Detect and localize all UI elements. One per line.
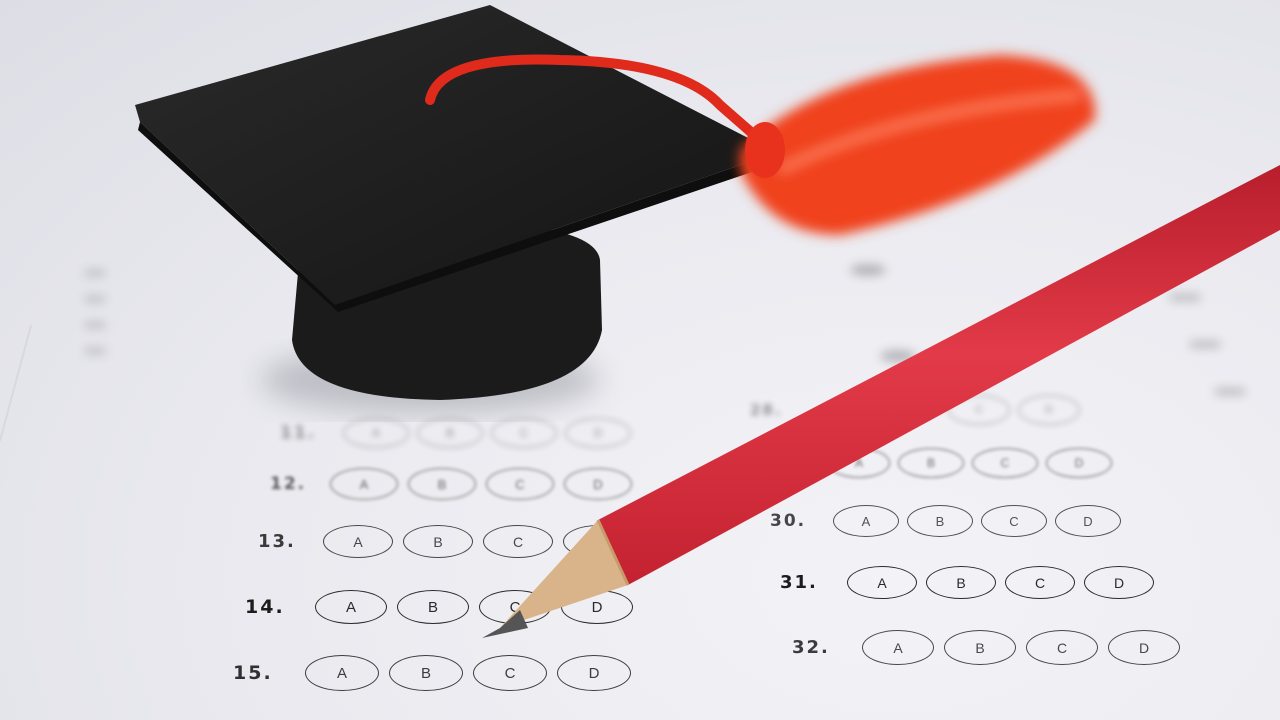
photo-scene: 11. A B C D 12. A B C D 13. A B C D 14. … <box>0 0 1280 720</box>
pencil <box>482 165 1280 638</box>
tassel-knot <box>745 122 785 178</box>
pencil-body <box>598 165 1280 585</box>
tassel <box>740 55 1095 235</box>
pencil-lead <box>482 610 528 638</box>
cap-and-pencil-illustration <box>0 0 1280 720</box>
cap-board <box>135 5 755 305</box>
